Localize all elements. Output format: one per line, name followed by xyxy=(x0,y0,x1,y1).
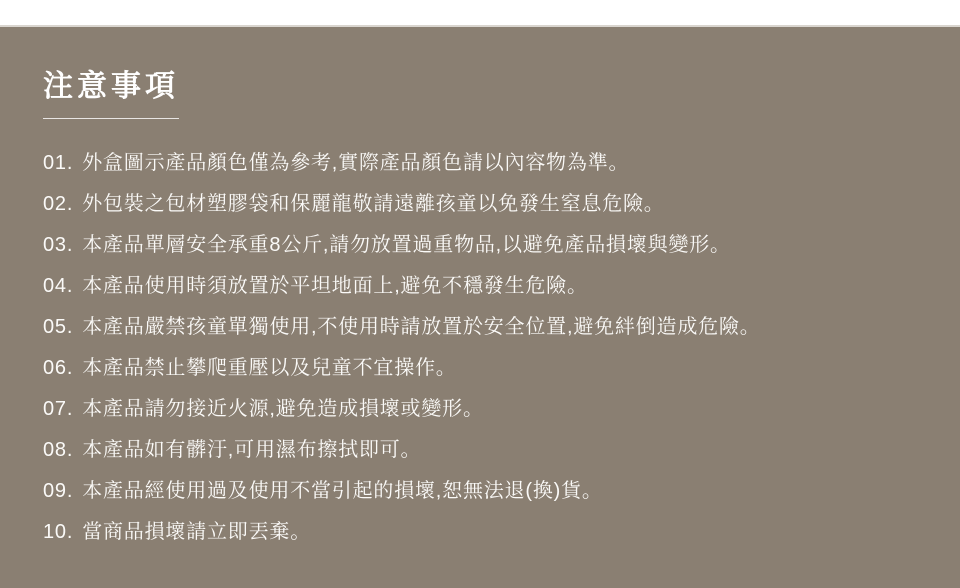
notice-item: 03. 本產品單層安全承重8公斤,請勿放置過重物品,以避免產品損壞與變形。 xyxy=(43,233,930,257)
notice-item-text: 本產品嚴禁孩童單獨使用,不使用時請放置於安全位置,避免絆倒造成危險。 xyxy=(82,315,930,339)
top-white-strip xyxy=(0,0,960,25)
notice-item-text: 本產品禁止攀爬重壓以及兒童不宜操作。 xyxy=(82,356,930,380)
notice-item-text: 外包裝之包材塑膠袋和保麗龍敬請遠離孩童以免發生窒息危險。 xyxy=(82,192,930,216)
notice-title: 注意事項 xyxy=(43,69,930,105)
notice-item-number: 02. xyxy=(43,192,73,216)
notice-list: 01. 外盒圖示產品顏色僅為參考,實際產品顏色請以內容物為準。 02. 外包裝之… xyxy=(43,151,930,544)
notice-item-number: 07. xyxy=(43,397,73,421)
notice-item: 05. 本產品嚴禁孩童單獨使用,不使用時請放置於安全位置,避免絆倒造成危險。 xyxy=(43,315,930,339)
notice-panel: 注意事項 01. 外盒圖示產品顏色僅為參考,實際產品顏色請以內容物為準。 02.… xyxy=(0,25,960,588)
notice-item-text: 本產品單層安全承重8公斤,請勿放置過重物品,以避免產品損壞與變形。 xyxy=(82,233,930,257)
notice-item: 02. 外包裝之包材塑膠袋和保麗龍敬請遠離孩童以免發生窒息危險。 xyxy=(43,192,930,216)
notice-item-text: 本產品使用時須放置於平坦地面上,避免不穩發生危險。 xyxy=(82,274,930,298)
notice-item-text: 本產品經使用過及使用不當引起的損壞,恕無法退(換)貨。 xyxy=(82,479,930,503)
notice-item-text: 當商品損壞請立即丟棄。 xyxy=(82,520,930,544)
notice-item-text: 外盒圖示產品顏色僅為參考,實際產品顏色請以內容物為準。 xyxy=(82,151,930,175)
notice-item-number: 08. xyxy=(43,438,73,462)
notice-item-number: 09. xyxy=(43,479,73,503)
notice-item-number: 04. xyxy=(43,274,73,298)
notice-item: 06. 本產品禁止攀爬重壓以及兒童不宜操作。 xyxy=(43,356,930,380)
notice-item-text: 本產品如有髒汙,可用濕布擦拭即可。 xyxy=(82,438,930,462)
notice-page: 注意事項 01. 外盒圖示產品顏色僅為參考,實際產品顏色請以內容物為準。 02.… xyxy=(0,0,960,588)
notice-item: 08. 本產品如有髒汙,可用濕布擦拭即可。 xyxy=(43,438,930,462)
notice-item-number: 06. xyxy=(43,356,73,380)
notice-item-number: 05. xyxy=(43,315,73,339)
notice-item-number: 01. xyxy=(43,151,73,175)
notice-item: 01. 外盒圖示產品顏色僅為參考,實際產品顏色請以內容物為準。 xyxy=(43,151,930,175)
notice-item: 09. 本產品經使用過及使用不當引起的損壞,恕無法退(換)貨。 xyxy=(43,479,930,503)
notice-item-text: 本產品請勿接近火源,避免造成損壞或變形。 xyxy=(82,397,930,421)
notice-item-number: 10. xyxy=(43,520,73,544)
notice-item: 04. 本產品使用時須放置於平坦地面上,避免不穩發生危險。 xyxy=(43,274,930,298)
notice-item: 10. 當商品損壞請立即丟棄。 xyxy=(43,520,930,544)
title-underline xyxy=(43,118,179,119)
notice-item-number: 03. xyxy=(43,233,73,257)
notice-item: 07. 本產品請勿接近火源,避免造成損壞或變形。 xyxy=(43,397,930,421)
